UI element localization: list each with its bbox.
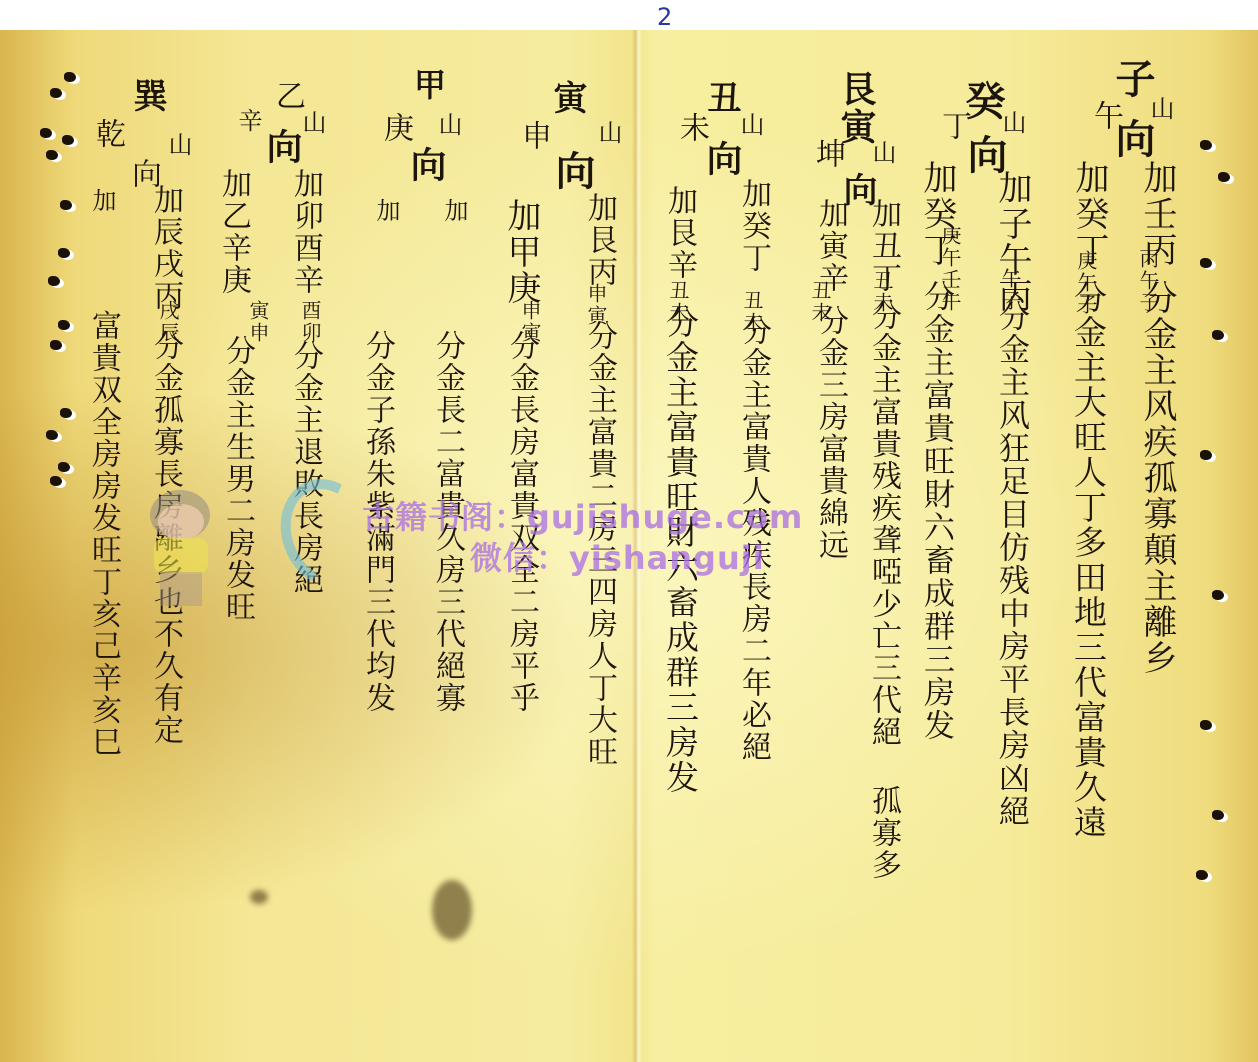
shan-label: 山 bbox=[436, 112, 460, 138]
binding-hole bbox=[1212, 330, 1224, 340]
mountain-label: 乙 bbox=[272, 80, 302, 112]
binding-hole bbox=[1200, 450, 1212, 460]
shan-label: 山 bbox=[300, 110, 324, 136]
binding-hole bbox=[50, 88, 62, 98]
shan-label: 山 bbox=[166, 132, 190, 158]
entry-text: 富貴双全房房发旺丁亥己辛亥巳 bbox=[88, 310, 118, 758]
binding-hole bbox=[46, 150, 58, 160]
facing-label: 乾 bbox=[92, 118, 122, 150]
binding-hole bbox=[58, 248, 70, 258]
entry-text: 分金主生男二房发旺 bbox=[222, 335, 252, 623]
shan-label: 山 bbox=[870, 140, 894, 166]
xiang-label: 向 bbox=[1112, 118, 1152, 160]
mascot-legs bbox=[160, 572, 202, 606]
binding-hole bbox=[58, 462, 70, 472]
mountain-label: 巽 bbox=[130, 78, 164, 114]
binding-hole bbox=[1200, 258, 1212, 268]
entry-text: 分金主风狂足目仿残中房平長房凶絕 bbox=[995, 300, 1026, 828]
mountain-label: 丑 bbox=[704, 80, 738, 116]
entry-text: 分金主富貴旺財六畜成群三房发 bbox=[920, 280, 951, 742]
entry-main: 加艮辛 bbox=[664, 185, 694, 281]
entry-main: 加乙辛庚 bbox=[218, 168, 248, 296]
facing-label: 坤 bbox=[812, 138, 842, 170]
entry-text: 分金三房富貴綿远 bbox=[815, 305, 845, 561]
facing-label: 辛 bbox=[236, 108, 260, 134]
mountain-label: 甲 bbox=[412, 68, 444, 102]
entry-main: 加卯酉辛 bbox=[290, 168, 320, 296]
binding-hole bbox=[1212, 810, 1224, 820]
xiang-label: 向 bbox=[704, 140, 740, 178]
entry-main: 加 bbox=[374, 198, 398, 224]
mascot-shirt bbox=[154, 538, 208, 574]
entry-text: 分金主富貴残疾聋啞少亡三代絕 孤寡多 bbox=[868, 300, 898, 881]
binding-hole bbox=[48, 276, 60, 286]
binding-hole bbox=[64, 72, 76, 82]
entry-main: 加辰戌丙 bbox=[150, 184, 180, 312]
binding-hole bbox=[1200, 720, 1212, 730]
mascot-face bbox=[158, 504, 204, 540]
binding-hole bbox=[62, 135, 74, 145]
entry-note: 酉卯 bbox=[300, 300, 320, 344]
binding-hole bbox=[1196, 870, 1208, 880]
binding-hole bbox=[46, 430, 58, 440]
binding-hole bbox=[1200, 140, 1212, 150]
xiang-label: 向 bbox=[408, 146, 444, 184]
facing-label: 申 bbox=[518, 120, 548, 152]
entry-main: 加癸丁 bbox=[738, 178, 768, 274]
ink-stain bbox=[432, 880, 472, 940]
binding-hole bbox=[60, 200, 72, 210]
watermark-mascot bbox=[140, 490, 220, 610]
mountain-label: 艮寅 bbox=[838, 70, 874, 146]
entry-main: 加甲庚 bbox=[504, 198, 538, 306]
page-number: 2 bbox=[657, 3, 672, 31]
entry-text: 分金主风疾孤寡顛主離乡 bbox=[1140, 280, 1174, 676]
binding-hole bbox=[40, 128, 52, 138]
binding-hole bbox=[50, 340, 62, 350]
mountain-label: 寅 bbox=[550, 80, 584, 116]
xiang-label: 向 bbox=[552, 150, 592, 192]
entry-text: 分金主大旺人丁多田地三代富貴久遠 bbox=[1072, 280, 1105, 840]
binding-hole bbox=[50, 476, 62, 486]
binding-hole bbox=[60, 408, 72, 418]
facing-label: 庚 bbox=[380, 112, 410, 144]
watermark-wechat: 微信：yishanguji bbox=[470, 533, 765, 579]
entry-main: 加 bbox=[90, 188, 114, 214]
binding-hole bbox=[1218, 172, 1230, 182]
shan-label: 山 bbox=[1000, 110, 1024, 136]
watermark-site: 古籍书阁：gujishuge.com bbox=[362, 492, 803, 538]
shan-label: 山 bbox=[738, 112, 762, 138]
ink-stain bbox=[250, 890, 268, 904]
binding-hole bbox=[58, 320, 70, 330]
entry-main: 加艮丙 bbox=[584, 192, 614, 288]
mountain-label: 子 bbox=[1112, 58, 1152, 100]
binding-hole bbox=[1212, 590, 1224, 600]
shan-label: 山 bbox=[596, 120, 620, 146]
entry-main: 加 bbox=[442, 198, 466, 224]
xiang-label: 向 bbox=[264, 128, 300, 166]
